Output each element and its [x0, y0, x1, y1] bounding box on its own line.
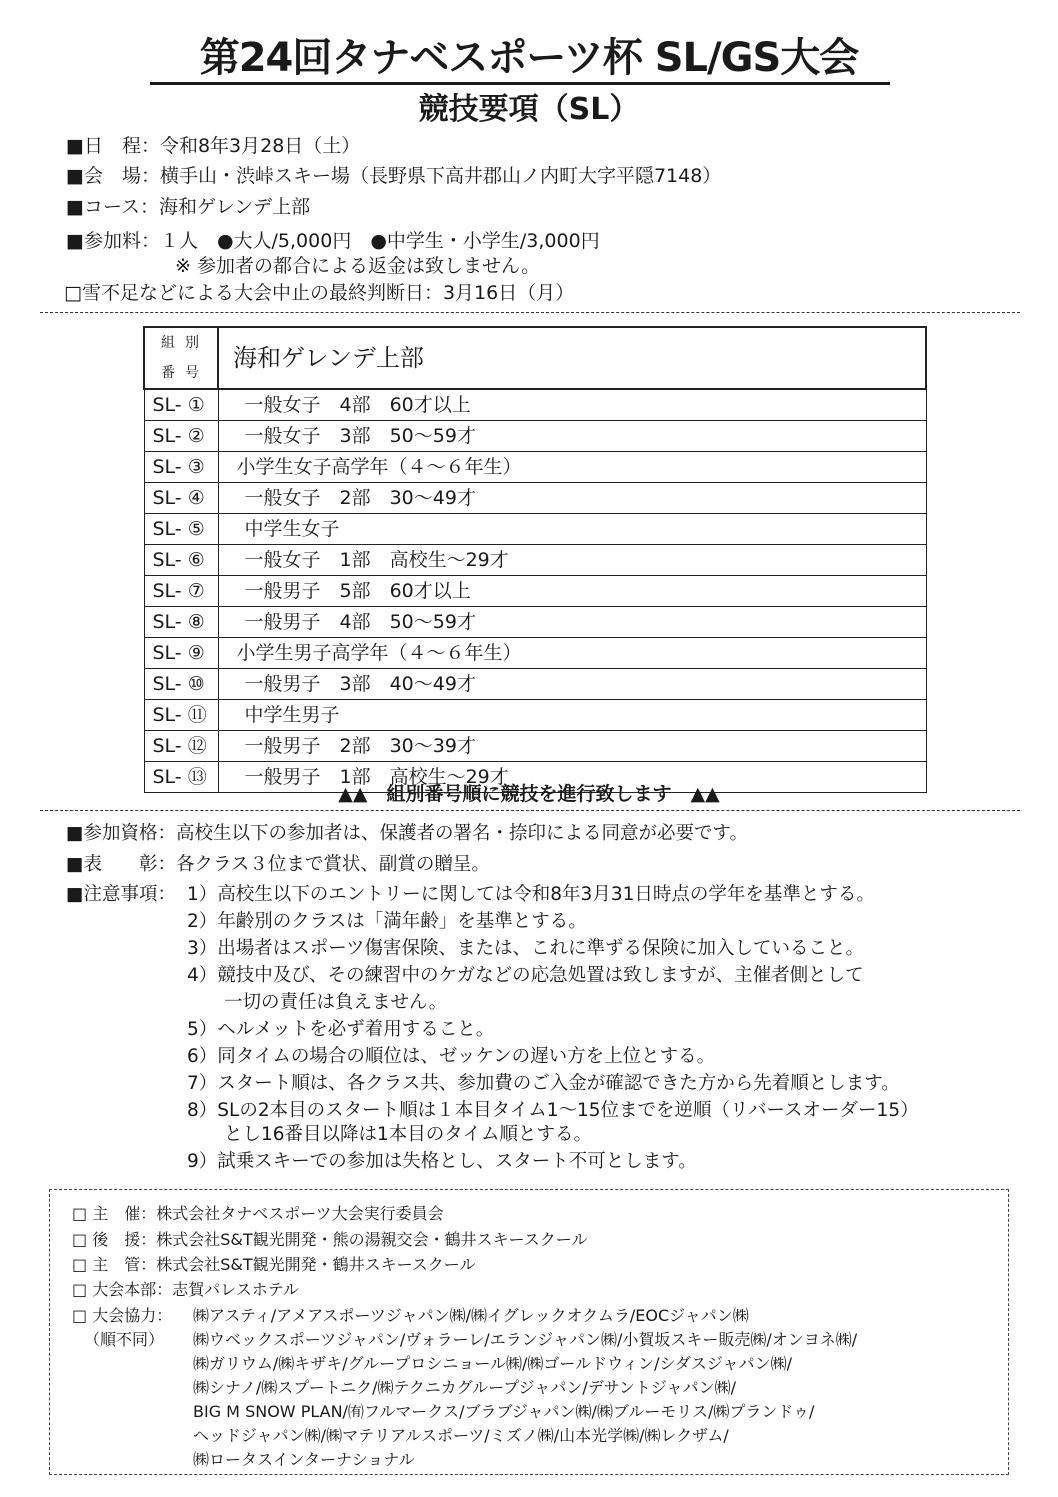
divider: [40, 810, 1020, 811]
info-label: ■参加料：: [66, 230, 160, 252]
category-name: 一般男子 4部 50～59才: [218, 607, 926, 638]
title-underline: [150, 82, 890, 85]
order-notice: ▲▲ 組別番号順に競技を進行致します ▲▲: [0, 781, 1058, 807]
table-row: SL- ⑦一般男子 5部 60才以上: [144, 576, 926, 607]
notes-label: ■注意事項：: [66, 882, 176, 908]
cooperation-line: ㈱シナノ/㈱スプートニク/㈱テクニカグループジャパン/デサントジャパン㈱/: [193, 1376, 736, 1400]
category-name: 一般女子 3部 50～59才: [218, 421, 926, 452]
category-name: 中学生男子: [218, 700, 926, 731]
document-title: 第24回タナベスポーツ杯 SL/GS大会: [0, 34, 1058, 82]
category-code: SL- ⑥: [144, 545, 218, 576]
table-row: SL- ⑪中学生男子: [144, 700, 926, 731]
category-code: SL- ③: [144, 452, 218, 483]
info-value: 横手山・渋峠スキー場（長野県下高井郡山ノ内町大字平隠7148）: [160, 165, 721, 187]
category-name: 一般男子 5部 60才以上: [218, 576, 926, 607]
category-code: SL- ⑪: [144, 700, 218, 731]
header-course-cell: 海和ゲレンデ上部: [218, 327, 926, 389]
note-item: 4）競技中及び、その練習中のケガなどの応急処置は致しますが、主催者側として: [187, 963, 864, 989]
note-item: 6）同タイムの場合の順位は、ゼッケンの遅い方を上位とする。: [187, 1044, 715, 1070]
info-label: ■会 場：: [66, 165, 160, 187]
category-code: SL- ⑩: [144, 669, 218, 700]
note-item: 1）高校生以下のエントリーに関しては令和8年3月31日時点の学年を基準とする。: [187, 882, 875, 908]
header-code-line1: 組別: [145, 328, 217, 358]
table-row: SL- ⑥一般女子 1部 高校生～29才: [144, 545, 926, 576]
category-code: SL- ④: [144, 483, 218, 514]
table-row: SL- ⑨小学生男子高学年（４～６年生）: [144, 638, 926, 669]
eligibility-text: ■参加資格：高校生以下の参加者は、保護者の署名・捺印による同意が必要です。: [66, 821, 748, 847]
category-code: SL- ⑤: [144, 514, 218, 545]
awards-text: ■表 彰：各クラス３位まで賞状、副賞の贈呈。: [66, 852, 490, 878]
note-item: 5）ヘルメットを必ず着用すること。: [187, 1017, 494, 1043]
category-table: 組別 番号 海和ゲレンデ上部 SL- ①一般女子 4部 60才以上 SL- ②一…: [143, 326, 927, 793]
note-item: 9）試乗スキーでの参加は失格とし、スタート不可とします。: [187, 1149, 697, 1175]
table-row: SL- ③小学生女子高学年（４～６年生）: [144, 452, 926, 483]
manager-line: □ 主 管：株式会社S&T観光開発・鶴井スキースクール: [72, 1253, 476, 1277]
header-code-line2: 番号: [145, 358, 217, 388]
info-value: 海和ゲレンデ上部: [159, 196, 310, 218]
info-label: ■コース：: [66, 196, 159, 218]
headquarters-line: □ 大会本部：志賀パレスホテル: [72, 1278, 299, 1302]
document-subtitle: 競技要項（SL）: [0, 90, 1058, 130]
category-name: 一般女子 2部 30～49才: [218, 483, 926, 514]
info-label: ■日 程：: [66, 135, 160, 157]
supporter-line: □ 後 援：株式会社S&T観光開発・熊の湯親交会・鶴井スキースクール: [72, 1228, 588, 1252]
divider: [40, 312, 1020, 313]
table-row: SL- ⑩一般男子 3部 40～49才: [144, 669, 926, 700]
table-row: SL- ②一般女子 3部 50～59才: [144, 421, 926, 452]
category-code: SL- ⑫: [144, 731, 218, 762]
category-code: SL- ①: [144, 389, 218, 421]
cooperation-line: ㈱アスティ/アメアスポーツジャパン㈱/㈱イグレックオクムラ/EOCジャパン㈱: [193, 1304, 749, 1328]
table-header-row: 組別 番号 海和ゲレンデ上部: [144, 327, 926, 389]
info-refund-note: ※ 参加者の都合による返金は致しません。: [175, 253, 540, 279]
cooperation-note: （順不同）: [84, 1328, 164, 1352]
table-row: SL- ⑤中学生女子: [144, 514, 926, 545]
info-course: ■コース：海和ゲレンデ上部: [66, 194, 310, 220]
cooperation-line: ㈱ウベックスポーツジャパン/ヴォラーレ/エランジャパン㈱/小賀坂スキー販売㈱/オ…: [193, 1328, 857, 1352]
header-code-cell: 組別 番号: [144, 327, 218, 389]
cooperation-label: □ 大会協力：: [72, 1304, 172, 1328]
cooperation-line: BIG M SNOW PLAN/㈲フルマークス/ブラブジャパン㈱/㈱ブルーモリス…: [193, 1400, 814, 1424]
category-code: SL- ⑦: [144, 576, 218, 607]
note-item: 一切の責任は負えません。: [187, 990, 447, 1016]
note-item: とし16番目以降は1本目のタイム順とする。: [187, 1122, 592, 1148]
category-code: SL- ②: [144, 421, 218, 452]
category-code: SL- ⑧: [144, 607, 218, 638]
category-name: 一般女子 1部 高校生～29才: [218, 545, 926, 576]
organizer-line: □ 主 催：株式会社タナベスポーツ大会実行委員会: [72, 1202, 444, 1226]
info-cancel-deadline: □雪不足などによる大会中止の最終判断日：3月16日（月）: [64, 280, 574, 306]
table-row: SL- ①一般女子 4部 60才以上: [144, 389, 926, 421]
category-name: 小学生男子高学年（４～６年生）: [218, 638, 926, 669]
info-fee: ■参加料：１人 ●大人/5,000円 ●中学生・小学生/3,000円: [66, 228, 600, 254]
category-code: SL- ⑨: [144, 638, 218, 669]
info-schedule: ■日 程：令和8年3月28日（土）: [66, 133, 360, 159]
cooperation-line: ㈱ガリウム/㈱キザキ/グループロシニョール㈱/㈱ゴールドウィン/シダスジャパン㈱…: [193, 1352, 792, 1376]
cooperation-line: ㈱ロータスインターナショナル: [193, 1448, 415, 1472]
table-row: SL- ④一般女子 2部 30～49才: [144, 483, 926, 514]
table-row: SL- ⑧一般男子 4部 50～59才: [144, 607, 926, 638]
note-item: 8）SLの2本目のスタート順は１本目タイム1～15位までを逆順（リバースオーダー…: [187, 1098, 919, 1124]
cooperation-line: ヘッドジャパン㈱/㈱マテリアルスポーツ/ミズノ㈱/山本光学㈱/㈱レクザム/: [193, 1424, 729, 1448]
category-name: 一般男子 3部 40～49才: [218, 669, 926, 700]
info-value: １人 ●大人/5,000円 ●中学生・小学生/3,000円: [160, 230, 600, 252]
note-item: 2）年齢別のクラスは「満年齢」を基準とする。: [187, 909, 587, 935]
category-name: 小学生女子高学年（４～６年生）: [218, 452, 926, 483]
category-name: 一般男子 2部 30～39才: [218, 731, 926, 762]
info-value: 令和8年3月28日（土）: [160, 135, 360, 157]
info-venue: ■会 場：横手山・渋峠スキー場（長野県下高井郡山ノ内町大字平隠7148）: [66, 163, 721, 189]
category-name: 一般女子 4部 60才以上: [218, 389, 926, 421]
note-item: 3）出場者はスポーツ傷害保険、または、これに準ずる保険に加入していること。: [187, 936, 864, 962]
category-name: 中学生女子: [218, 514, 926, 545]
note-item: 7）スタート順は、各クラス共、参加費のご入金が確認できた方から先着順とします。: [187, 1071, 900, 1097]
table-row: SL- ⑫一般男子 2部 30～39才: [144, 731, 926, 762]
